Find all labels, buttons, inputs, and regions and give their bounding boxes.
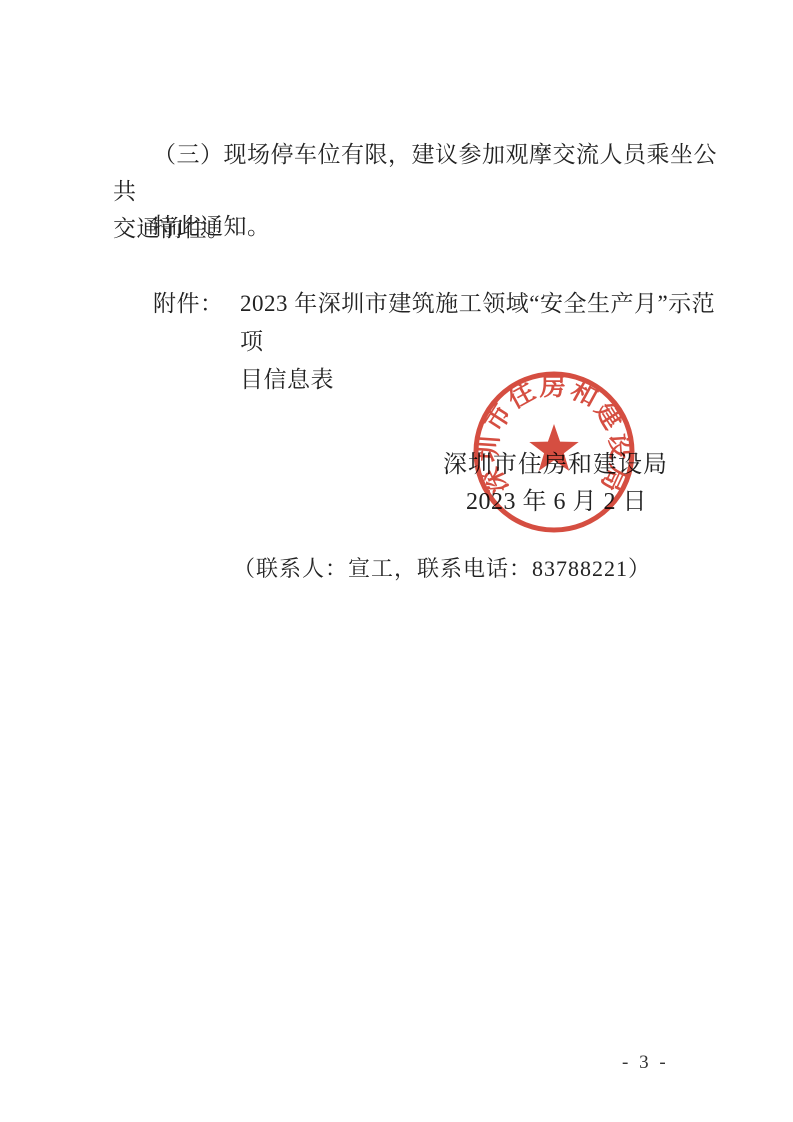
contact-line: （联系人：宣工，联系电话：83788221） [233, 552, 651, 583]
paragraph-hereby-notify: 特此通知。 [153, 208, 271, 245]
signature-date: 2023 年 6 月 2 日 [466, 481, 647, 516]
attachment-line: 附件： 2023 年深圳市建筑施工领域“安全生产月”示范项 目信息表 [153, 285, 720, 399]
page-number: - 3 - [622, 1052, 669, 1074]
attachment-label: 附件： [153, 285, 240, 399]
attachment-text: 2023 年深圳市建筑施工领域“安全生产月”示范项 目信息表 [240, 285, 720, 399]
document-page: （三）现场停车位有限，建议参加观摩交流人员乘坐公共 交通前往。 特此通知。 附件… [0, 0, 793, 1122]
signature-agency: 深圳市住房和建设局 [443, 444, 668, 479]
